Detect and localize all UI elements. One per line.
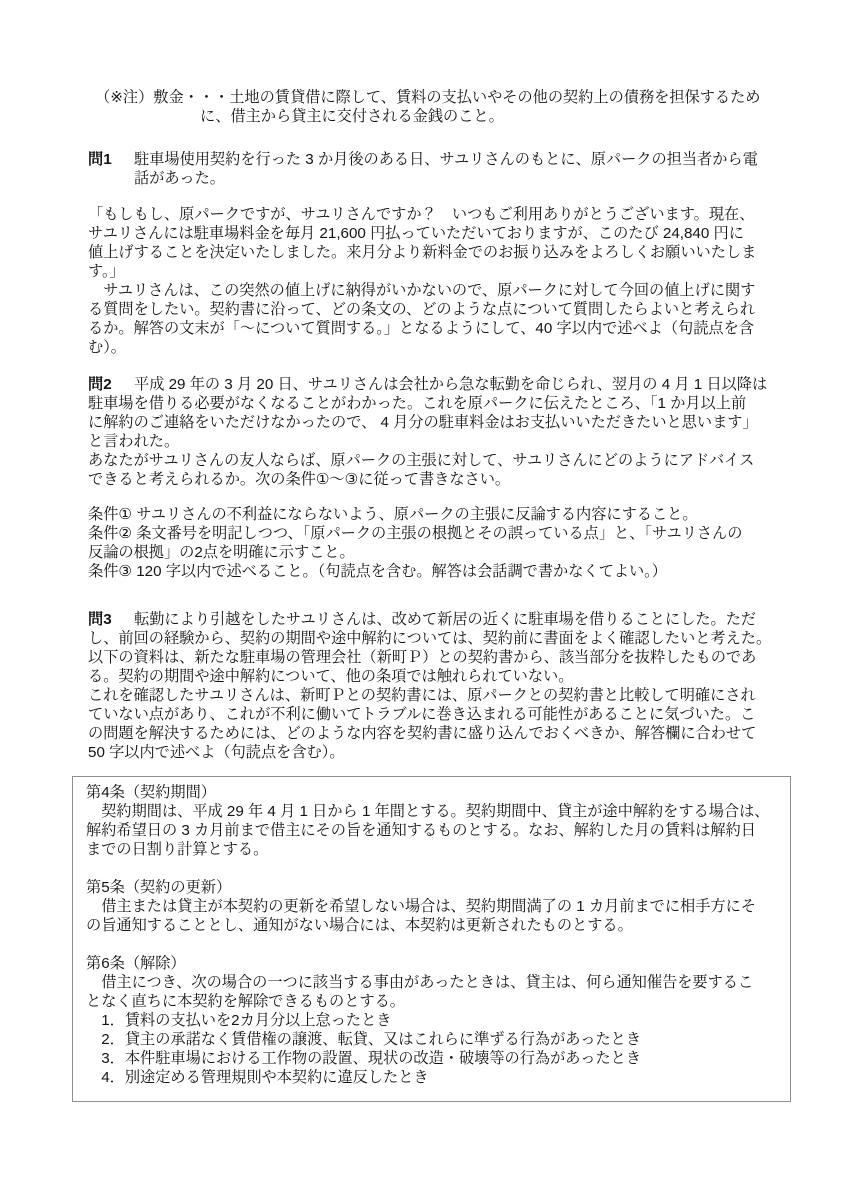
question-1-text: 駐車場使用契約を行った 3 か月後のある日、サユリさんのもとに、原パークの担当者… xyxy=(134,151,758,187)
question-2-text: 平成 29 年の 3 月 20 日、サユリさんは会社から急な転勤を命じられ、翌月… xyxy=(88,376,767,488)
article-4-title: 第4条（契約期間） xyxy=(86,783,780,802)
phone-quote-and-question-1-task: 「もしもし、原パークですが、サユリさんですか？ いつもご利用ありがとうございます… xyxy=(88,205,791,357)
question-1: 問1駐車場使用契約を行った 3 か月後のある日、サユリさんのもとに、原パークの担… xyxy=(88,150,791,188)
contract-article-5: 第5条（契約の更新） 借主または貸主が本契約の更新を希望しない場合は、契約期間満… xyxy=(86,878,780,935)
question-1-label: 問1 xyxy=(88,150,134,169)
question-3-label: 問3 xyxy=(88,610,134,629)
article-6-title: 第6条（解除） xyxy=(86,954,780,973)
article-4-body: 契約期間は、平成 29 年 4 月 1 日から 1 年間とする。契約期間中、貸主… xyxy=(86,802,780,859)
question-3: 問3転勤により引越をしたサユリさんは、改めて新居の近くに駐車場を借りることにした… xyxy=(88,610,791,762)
question-2-conditions: 条件① サユリさんの不利益にならないよう、原パークの主張に反論する内容にすること… xyxy=(88,505,791,581)
contract-article-6: 第6条（解除） 借主につき、次の場合の一つに該当する事由があったときは、貸主は、… xyxy=(86,954,780,1087)
deposit-note: （※注）敷金・・・土地の賃貸借に際して、賃料の支払いやその他の契約上の債務を担保… xyxy=(95,88,791,126)
article-5-body: 借主または貸主が本契約の更新を希望しない場合は、契約期間満了の 1 カ月前までに… xyxy=(86,897,780,935)
article-5-title: 第5条（契約の更新） xyxy=(86,878,780,897)
contract-excerpt-box: 第4条（契約期間） 契約期間は、平成 29 年 4 月 1 日から 1 年間とす… xyxy=(72,776,791,1102)
question-2-label: 問2 xyxy=(88,375,134,394)
document-page: （※注）敷金・・・土地の賃貸借に際して、賃料の支払いやその他の契約上の債務を担保… xyxy=(0,0,850,1200)
contract-article-4: 第4条（契約期間） 契約期間は、平成 29 年 4 月 1 日から 1 年間とす… xyxy=(86,783,780,859)
question-3-text: 転勤により引越をしたサユリさんは、改めて新居の近くに駐車場を借りることにした。た… xyxy=(88,611,771,761)
question-2: 問2平成 29 年の 3 月 20 日、サユリさんは会社から急な転勤を命じられ、… xyxy=(88,375,791,489)
article-6-body: 借主につき、次の場合の一つに該当する事由があったときは、貸主は、何ら通知催告を要… xyxy=(86,973,780,1087)
